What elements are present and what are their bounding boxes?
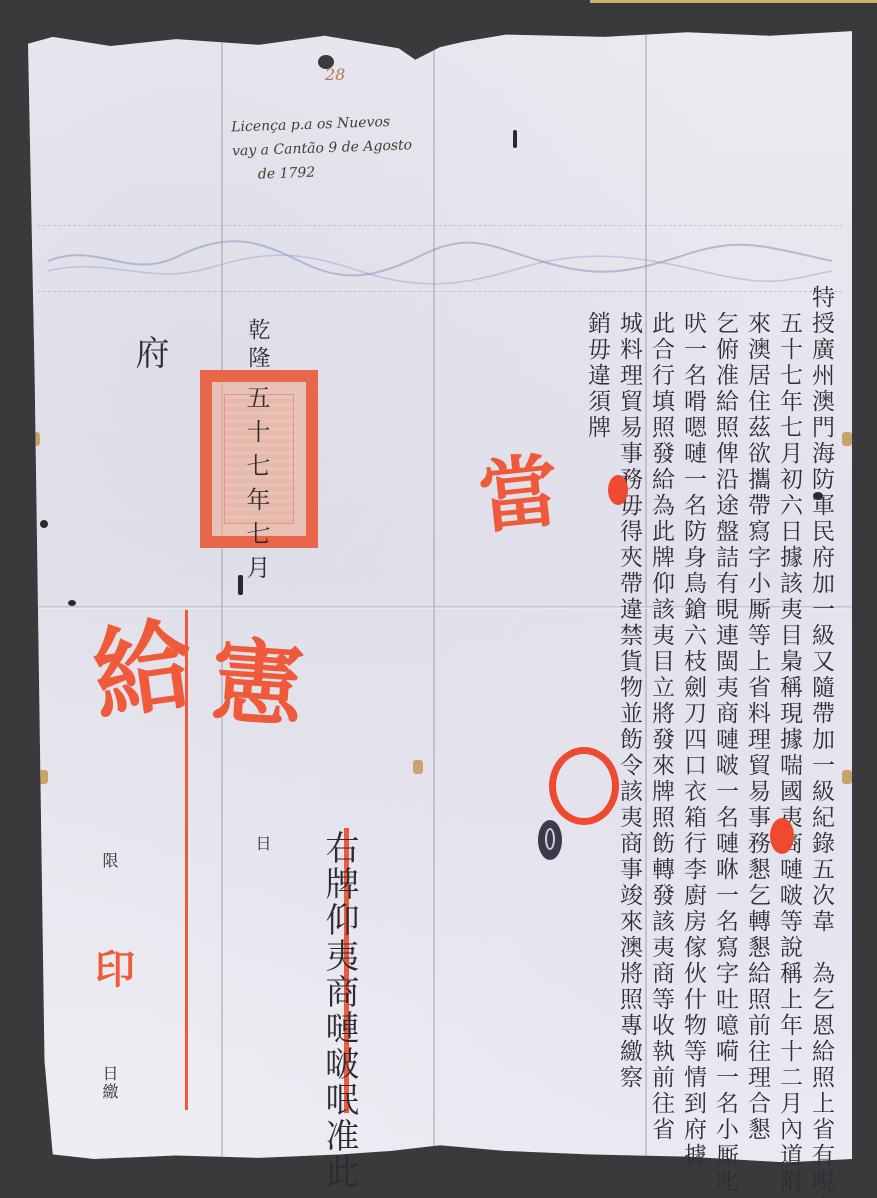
- vermilion-circle-mark: [549, 747, 619, 825]
- spanish-annotation: Licença p.a os Nuevos vay a Cantão 9 de …: [231, 109, 433, 188]
- body-column: 五十七年七月初六日據該夷目梟稱現據喘國夷商嗹啵等說稱上年十二月內道附: [775, 285, 803, 1115]
- fold-line-vertical: [433, 30, 435, 1175]
- dark-ink-seal: [538, 820, 562, 860]
- reign-label: 乾隆: [246, 318, 268, 374]
- limit-label: 限: [101, 852, 117, 872]
- folio-number: 28: [325, 65, 345, 84]
- body-column: 銷毋違須牌: [583, 285, 611, 1115]
- vermilion-dot: [608, 475, 628, 505]
- addressee-line: 右牌仰夷商嗹啵呡准此: [322, 830, 356, 1190]
- ink-speck: [513, 130, 517, 148]
- stain: [842, 432, 852, 446]
- blue-wave-ornament: [38, 225, 842, 292]
- body-column: 來澳居住茲欲攜帶寫字小厮等上省料理貿易事務懇乞轉懇給照前往理合懇: [743, 285, 771, 1115]
- vermilion-check-mark: 當: [472, 426, 564, 549]
- ink-speck: [40, 520, 48, 528]
- body-column: 特授廣州澳門海防軍民府加一級又隨帶加一級紀錄五次韋 為乞恩給照上省有晛事乾隆: [807, 285, 835, 1115]
- body-column: 城料理貿易事務毋得夾帶違禁貨物並飭令該夷商事竣來澳將照專繳察: [615, 285, 643, 1115]
- vermilion-seal-mark: 印: [95, 938, 135, 995]
- body-column: 吠一名嗗嗯嗹一名防身鳥鎗六枝劍刀四口衣箱行李廚房傢伙什物等情到府據: [679, 285, 707, 1115]
- frame-top-strip: [590, 0, 877, 3]
- date-text: 五十七年七月: [244, 385, 268, 589]
- vermilion-endorsement: 給: [82, 584, 201, 741]
- header-character: 府: [132, 335, 166, 373]
- vermilion-vertical-stroke: [185, 610, 188, 1110]
- stain: [30, 432, 40, 446]
- vermilion-dot: [770, 818, 794, 854]
- fold-line-vertical: [221, 30, 223, 1175]
- day-label: 日: [254, 835, 270, 855]
- stain: [38, 770, 48, 784]
- stain: [842, 770, 852, 784]
- body-text: 特授廣州澳門海防軍民府加一級又隨帶加一級紀錄五次韋 為乞恩給照上省有晛事乾隆 五…: [583, 285, 835, 1115]
- ink-speck: [68, 600, 76, 606]
- return-label: 日繳: [101, 1065, 117, 1101]
- body-column: 此合行填照發給為此牌仰該夷目立將發來牌照飭轉發該夷商等收執前往省: [647, 285, 675, 1115]
- body-column: 乞俯准給照俾沿途盤詰有晛連閩夷商嗹啵一名嗹咻一名寫字吐噫嗬一名小厮叱: [711, 285, 739, 1115]
- stain: [413, 760, 423, 774]
- vermilion-endorsement: 憲: [208, 607, 309, 745]
